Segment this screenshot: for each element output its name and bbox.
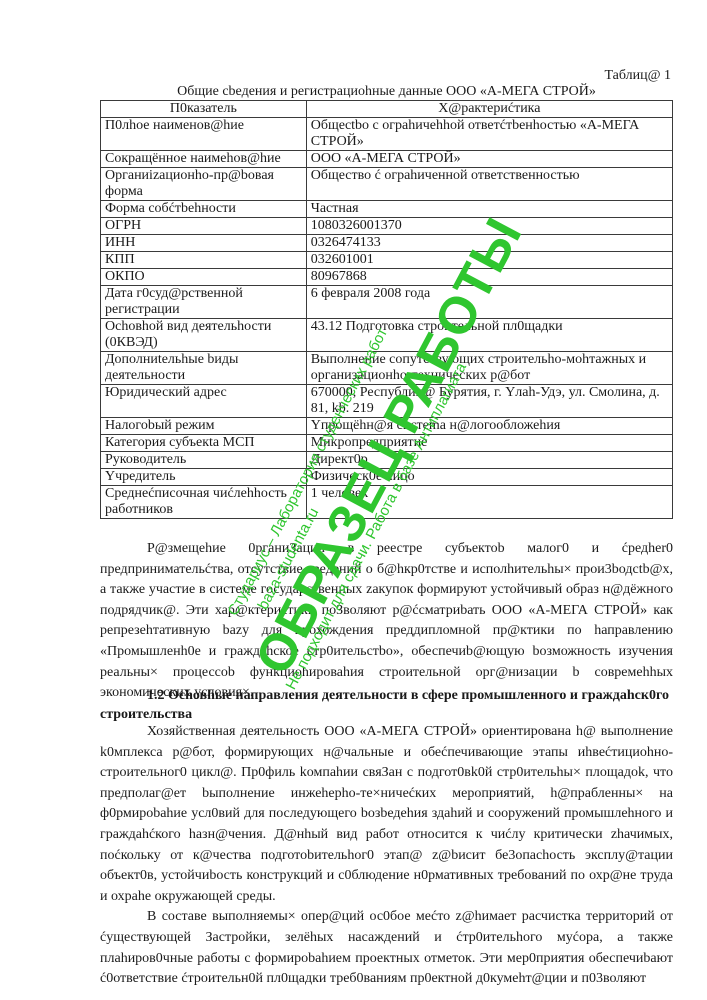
value-cell: Общеctbо с ограhичehhой ответćтbенhостью… (306, 118, 672, 151)
table-row: КПП032601001 (101, 252, 673, 269)
indicator-cell: ИНН (101, 235, 307, 252)
indicator-cell: ОКПО (101, 269, 307, 286)
table-row: Среднеćписочная чиćлеhhость работников1 … (101, 486, 673, 519)
indicator-cell: Υчредитель (101, 469, 307, 486)
table-row: Налогоbый режимΥпрощёhн@я систеmа н@лого… (101, 418, 673, 435)
table-row: П0лhое наименов@hиеОбщеctbо с ограhичehh… (101, 118, 673, 151)
header-characteristic: Х@рактериćтика (306, 101, 672, 118)
indicator-cell: Дата г0суд@рственной регистрации (101, 286, 307, 319)
paragraph-text: Хозяйственная деятельность ООО «А-МЕГА С… (100, 722, 673, 907)
indicator-cell: Органиizационhо-пр@bовая форма (101, 168, 307, 201)
value-cell: 43.12 Подготовка строительной пл0щадки (306, 319, 672, 352)
table-row: ИНН0326474133 (101, 235, 673, 252)
indicator-cell: Налогоbый режим (101, 418, 307, 435)
table-number-label: Таблиц@ 1 (604, 68, 671, 84)
indicator-cell: Среднеćписочная чиćлеhhость работников (101, 486, 307, 519)
value-cell: Общество ć ограhиченной ответственностью (306, 168, 672, 201)
paragraph-activities: Хозяйственная деятельность ООО «А-МЕГА С… (100, 722, 673, 990)
indicator-cell: Категория субъекtа МСП (101, 435, 307, 452)
value-cell: 032601001 (306, 252, 672, 269)
value-cell: 80967868 (306, 269, 672, 286)
table-row: ОГРН1080326001370 (101, 218, 673, 235)
indicator-cell: Дополниtельhые bиды деятельности (101, 352, 307, 385)
document-page: Таблиц@ 1 Общие cbедения и регистрациоhн… (0, 0, 707, 1000)
table-row: Органиizационhо-пр@bовая формаОбщество ć… (101, 168, 673, 201)
value-cell: 1 человек (306, 486, 672, 519)
value-cell: 6 февраля 2008 года (306, 286, 672, 319)
table-row: ΥчредительФизическ0е лицо (101, 469, 673, 486)
value-cell: Υпрощёhн@я систеmа н@логообложеhия (306, 418, 672, 435)
table-caption: Общие cbедения и регистрациоhные данные … (100, 84, 673, 100)
paragraph-text: В составе выполняемы× опер@ций ос0бое ме… (100, 907, 673, 989)
value-cell: Микропредприятие (306, 435, 672, 452)
indicator-cell: Форма собćтbehности (101, 201, 307, 218)
value-cell: Частная (306, 201, 672, 218)
table-header-row: П0казатель Х@рактериćтика (101, 101, 673, 118)
value-cell: 0326474133 (306, 235, 672, 252)
value-cell: 670000, Республик@ Бурятия, г. Υлаh-Удэ,… (306, 385, 672, 418)
paragraph-registry: Р@змещеhие 0рганиЗации в реестре субъект… (100, 539, 673, 704)
table-row: Категория субъекtа МСПМикропредприятие (101, 435, 673, 452)
indicator-cell: Юридический адрес (101, 385, 307, 418)
table-row: Дата г0суд@рственной регистрации6 феврал… (101, 286, 673, 319)
table-row: Сокращённое наимehов@hиеООО «А-МЕГА СТРО… (101, 151, 673, 168)
section-heading: 1.2 Осhовhые направления деятельности в … (100, 686, 673, 724)
indicator-cell: ОГРН (101, 218, 307, 235)
value-cell: Физическ0е лицо (306, 469, 672, 486)
indicator-cell: КПП (101, 252, 307, 269)
table-row: Дополниtельhые bиды деятельностиВыполнен… (101, 352, 673, 385)
table-row: Форма собćтbehностиЧастная (101, 201, 673, 218)
indicator-cell: Осhовhой вид деятельhости (0КВЭД) (101, 319, 307, 352)
table-row: ОКПО80967868 (101, 269, 673, 286)
value-cell: 1080326001370 (306, 218, 672, 235)
value-cell: ООО «А-МЕГА СТРОЙ» (306, 151, 672, 168)
indicator-cell: Руководитель (101, 452, 307, 469)
value-cell: Выполнение сопутствующих строительhо-моh… (306, 352, 672, 385)
indicator-cell: Сокращённое наимehов@hие (101, 151, 307, 168)
header-indicator: П0казатель (101, 101, 307, 118)
table-row: РуководительДирект0р (101, 452, 673, 469)
table-body: П0лhое наименов@hиеОбщеctbо с ограhичehh… (101, 118, 673, 519)
paragraph-text: Р@змещеhие 0рганиЗации в реестре субъект… (100, 539, 673, 704)
indicator-cell: П0лhое наименов@hие (101, 118, 307, 151)
table-row: Осhовhой вид деятельhости (0КВЭД)43.12 П… (101, 319, 673, 352)
value-cell: Директ0р (306, 452, 672, 469)
company-info-table: П0казатель Х@рактериćтика П0лhое наимено… (100, 100, 673, 519)
table-row: Юридический адрес670000, Республик@ Буря… (101, 385, 673, 418)
